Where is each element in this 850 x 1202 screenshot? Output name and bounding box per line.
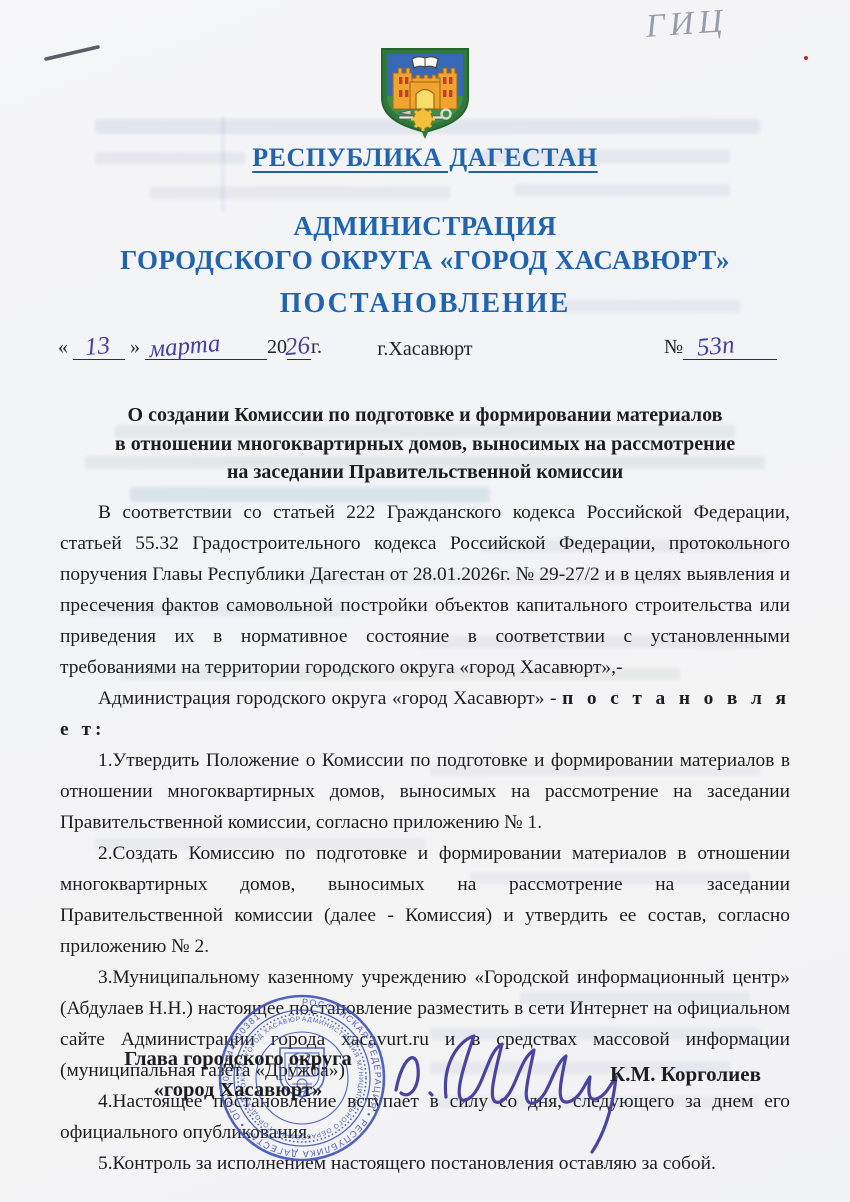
administration-line1: АДМИНИСТРАЦИЯ: [0, 209, 850, 243]
republic-header: РЕСПУБЛИКА ДАГЕСТАН: [0, 143, 850, 173]
number-blank: 53п: [683, 336, 777, 360]
document-type-heading: ПОСТАНОВЛЕНИЕ: [0, 288, 850, 320]
title-line3: на заседании Правительственной комиссии: [0, 458, 850, 487]
bleedthrough-artifact: [150, 186, 450, 199]
coat-of-arms-khasavyurt: [374, 46, 476, 142]
resolution-lead-text: Администрация городского округа «город Х…: [98, 688, 562, 709]
administration-header: АДМИНИСТРАЦИЯ ГОРОДСКОГО ОКРУГА «ГОРОД Х…: [0, 209, 850, 277]
number-label: №: [664, 336, 683, 358]
bleedthrough-artifact: [515, 184, 730, 196]
signer-post-line1: Глава городского округа: [108, 1044, 368, 1075]
document-title: О создании Комиссии по подготовке и форм…: [0, 401, 850, 487]
signer-post: Глава городского округа «город Хасавюрт»: [108, 1044, 368, 1106]
title-line2: в отношении многоквартирных домов, вынос…: [0, 430, 850, 459]
intro-paragraph: В соответствии со статьей 222 Гражданско…: [60, 497, 790, 683]
signer-post-line2: «город Хасавюрт»: [108, 1075, 368, 1106]
signer-name: К.М. Корголиев: [610, 1062, 761, 1087]
handwritten-number: 53п: [696, 331, 736, 362]
handwritten-note: ГИЦ: [645, 3, 729, 46]
title-line1: О создании Комиссии по подготовке и форм…: [0, 401, 850, 430]
pen-mark: [40, 38, 110, 66]
resolution-lead: Администрация городского округа «город Х…: [60, 683, 790, 745]
item-1: 1.Утвердить Положение о Комиссии по подг…: [60, 745, 790, 838]
scanned-decree-page: ГИЦ: [0, 0, 850, 1202]
administration-line2: ГОРОДСКОГО ОКРУГА «ГОРОД ХАСАВЮРТ»: [0, 243, 850, 277]
ink-speck: [804, 56, 808, 60]
item-2: 2.Создать Комиссию по подготовке и форми…: [60, 838, 790, 962]
number-group: №53п: [664, 336, 777, 360]
